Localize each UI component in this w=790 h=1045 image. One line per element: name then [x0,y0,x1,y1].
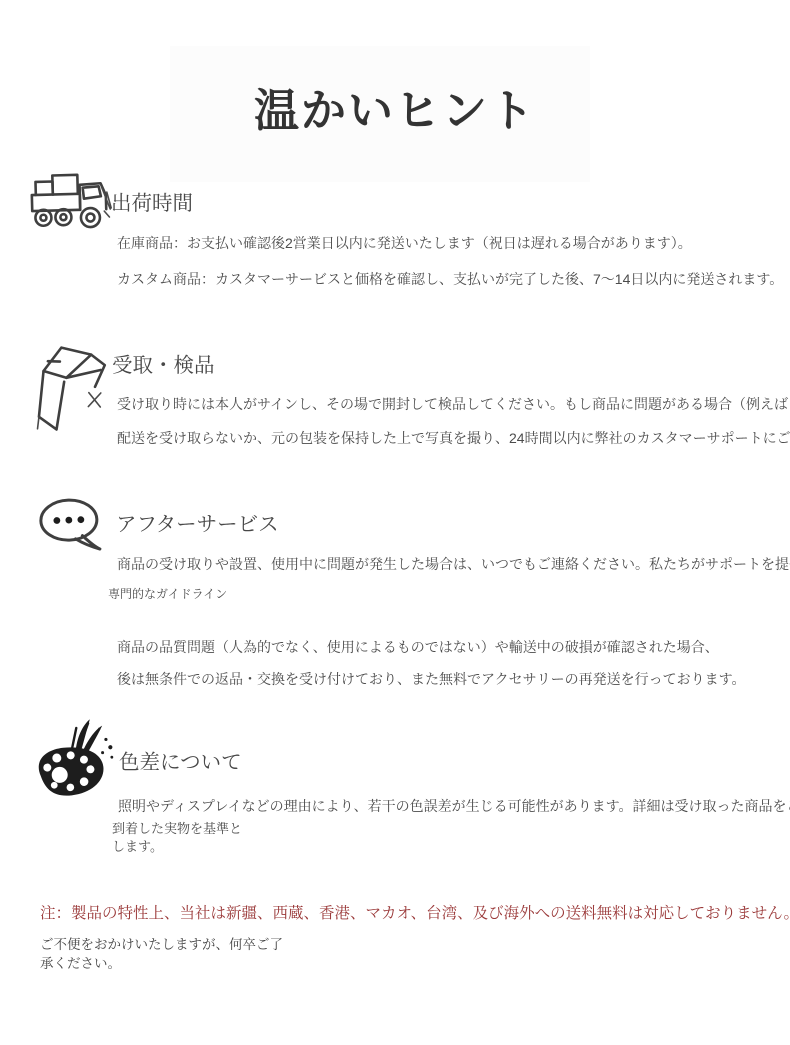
color-difference-paragraph: 到着した実物を基準と [112,822,242,835]
after-service-paragraph: 商品の品質問題（人為的でなく、使用によるものではない）や輸送中の破損が確認された… [117,640,719,654]
section-heading-after-service: アフターサービス [116,515,279,536]
section-heading-color-difference: 色差について [119,753,242,774]
color-difference-paragraph: 照明やディスプレイなどの理由により、若干の色誤差が生じる可能性があります。詳細は… [118,799,790,813]
apology-note: 承ください。 [40,957,121,971]
speech-bubble-icon [36,496,108,552]
shipping-paragraph: 在庫商品：お支払い確認後2営業日以内に発送いたします（祝日は遅れる場合があります… [117,236,692,250]
color-difference-paragraph: します。 [112,840,163,853]
shipping-paragraph: カスタム商品：カスタマーサービスと価格を確認し、支払いが完了した後、7～14日以… [117,272,783,286]
truck-icon [28,172,116,230]
section-heading-shipping: 出荷時間 [111,194,193,215]
apology-note: ご不便をおかけいたしますが、何卒ご了 [40,938,283,952]
after-service-paragraph: 専門的なガイドライン [108,588,227,600]
after-service-paragraph: 後は無条件での返品・交換を受け付けており、また無料でアクセサリーの再発送を行って… [117,672,745,686]
inspection-paragraph: 配送を受け取らないか、元の包装を保持した上で写真を撮り、24時間以内に弊社のカス… [117,431,790,445]
warm-hints-page: 温かいヒント 出荷時間 在庫商品：お支払い確認後2営業日以内に発送いたします（祝… [0,0,790,1045]
open-box-icon [32,338,112,436]
section-heading-inspection: 受取・検品 [112,356,215,377]
palette-icon [28,718,126,804]
shipping-restriction-warning: 注：製品の特性上、当社は新疆、西蔵、香港、マカオ、台湾、及び海外への送料無料は対… [40,906,790,922]
after-service-paragraph: 商品の受け取りや設置、使用中に問題が発生した場合は、いつでもご連絡ください。私た… [117,557,790,571]
page-title: 温かいヒント [0,84,790,138]
inspection-paragraph: 受け取り時には本人がサインし、その場で開封して検品してください。もし商品に問題が… [117,397,790,411]
